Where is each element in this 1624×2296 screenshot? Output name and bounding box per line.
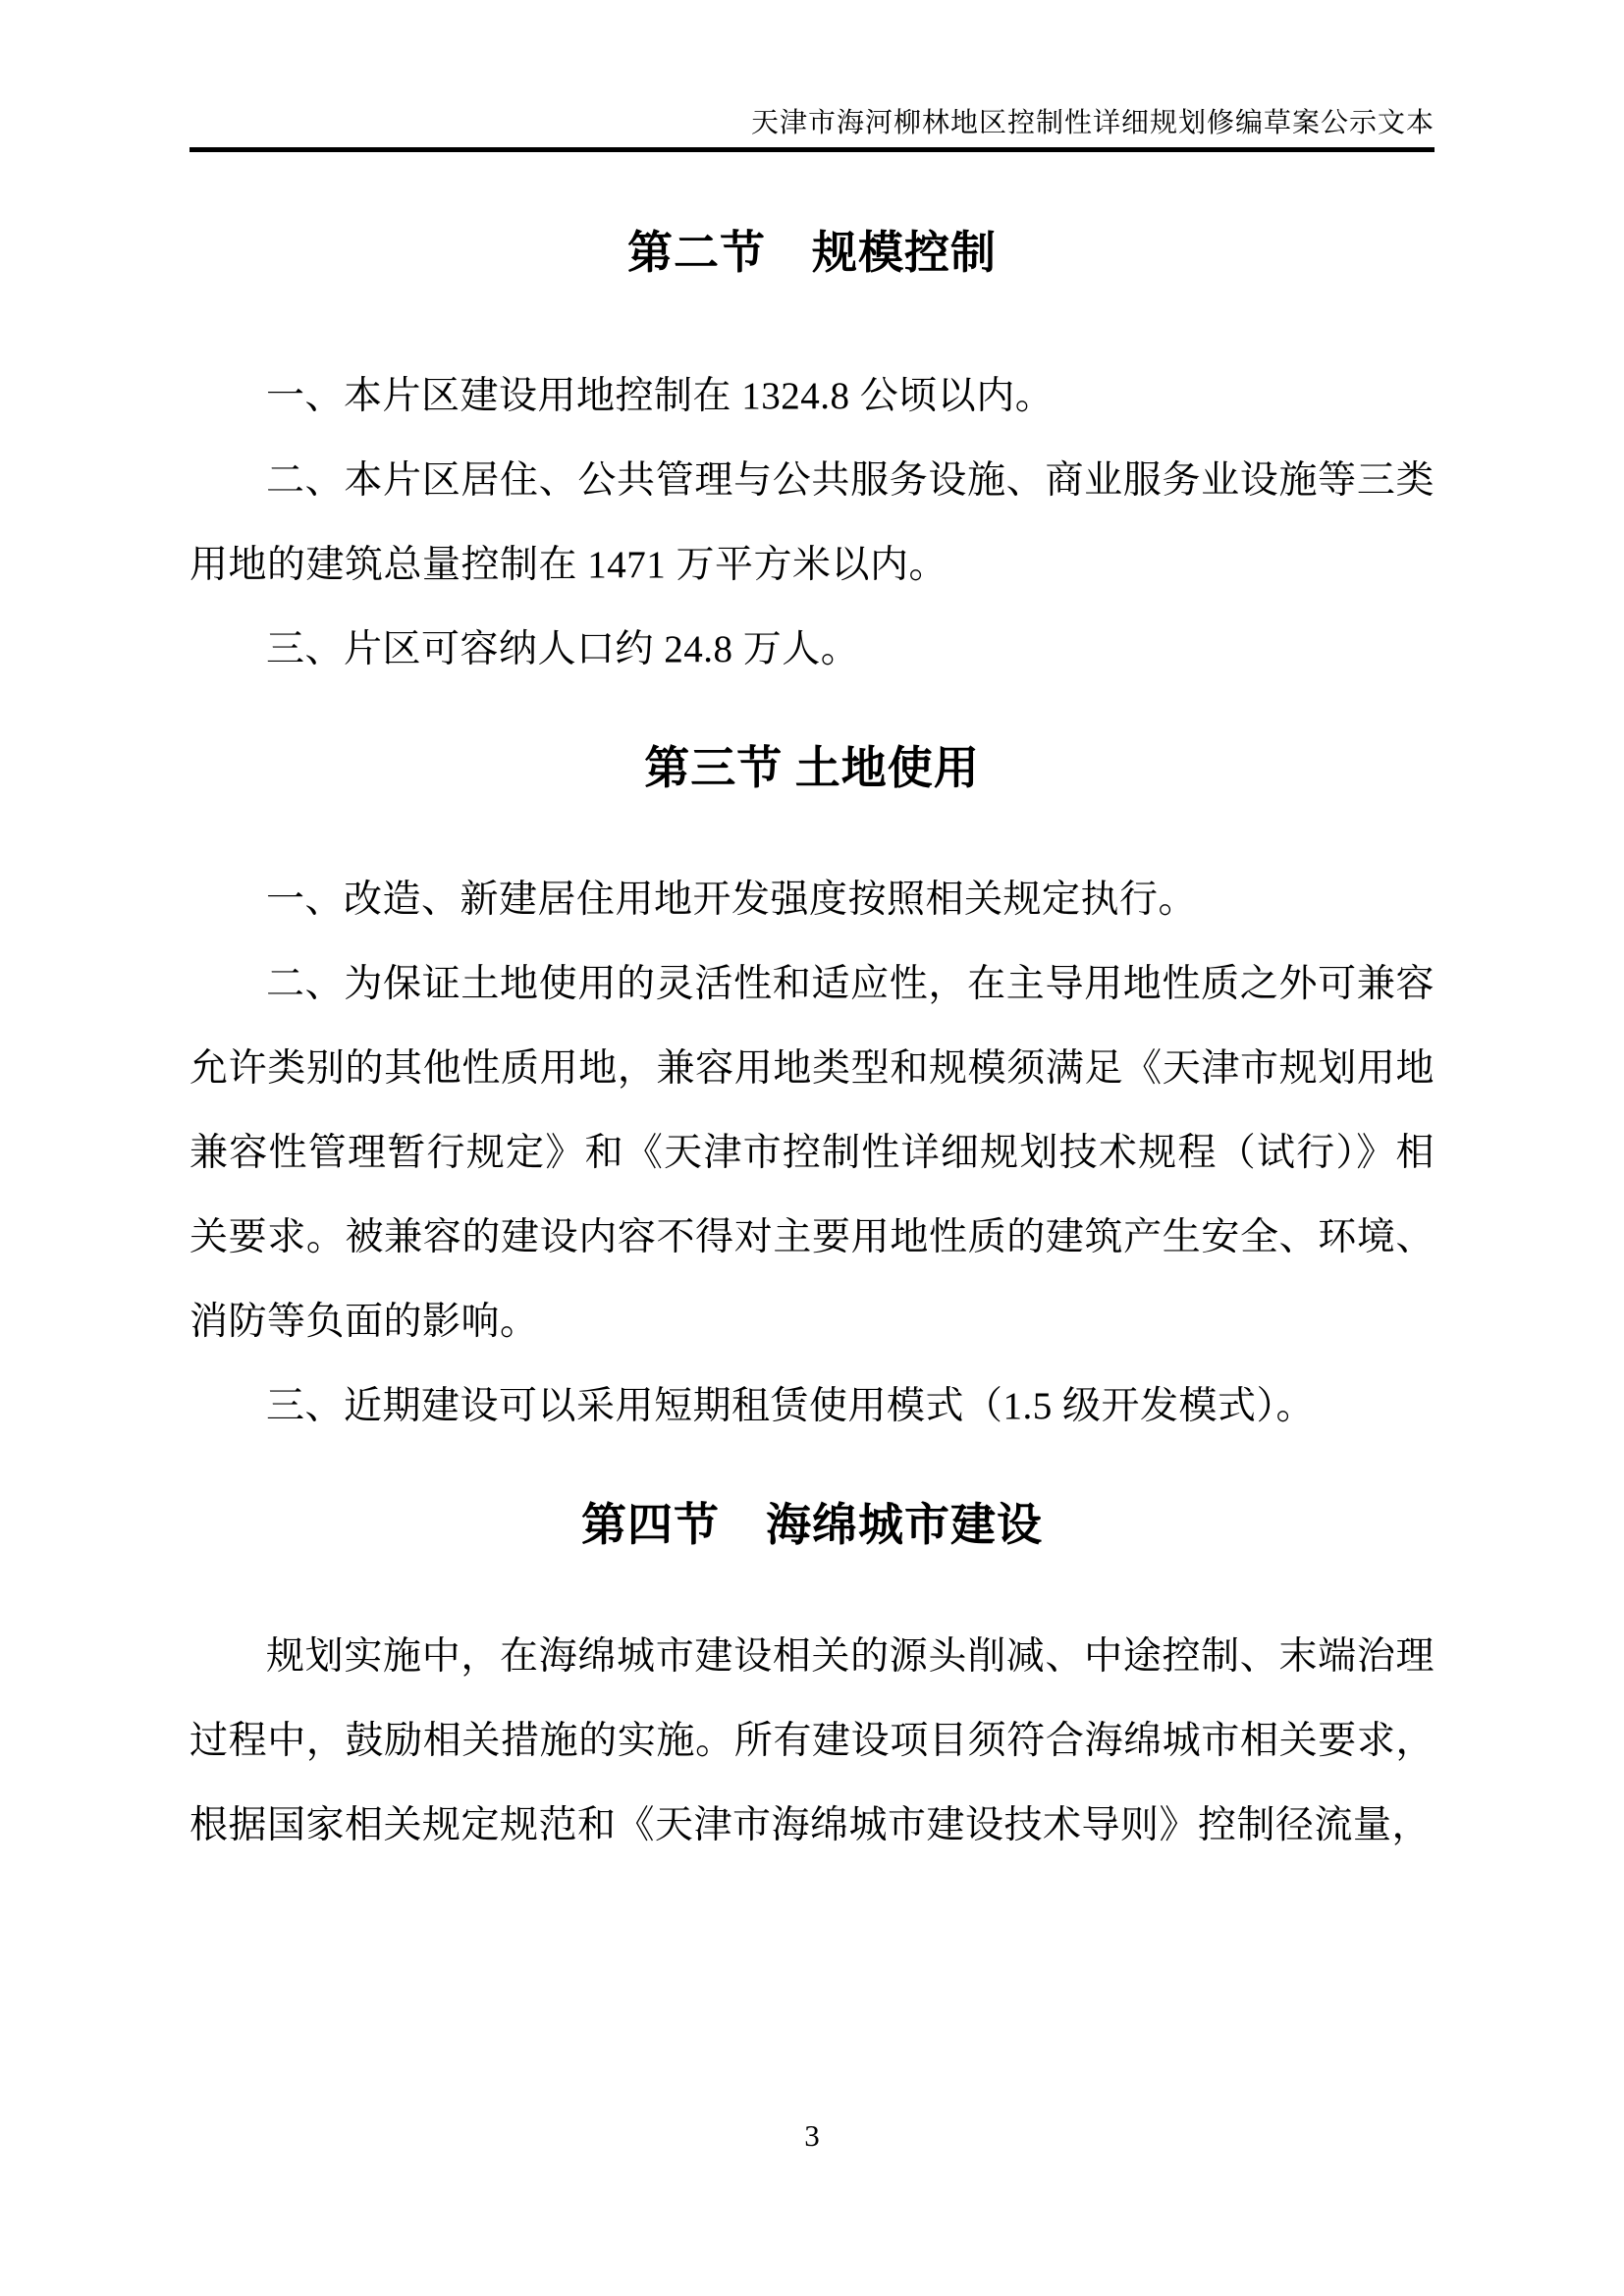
paragraph: 三、片区可容纳人口约 24.8 万人。: [189, 608, 1435, 692]
page-number: 3: [0, 2118, 1624, 2154]
page-content: 天津市海河柳林地区控制性详细规划修编草案公示文本 第二节 规模控制 一、本片区建…: [189, 0, 1435, 1868]
paragraph: 三、近期建设可以采用短期租赁使用模式（1.5 级开发模式）。: [189, 1364, 1435, 1449]
paragraph: 二、本片区居住、公共管理与公共服务设施、商业服务业设施等三类用地的建筑总量控制在…: [189, 439, 1435, 608]
paragraph: 一、改造、新建居住用地开发强度按照相关规定执行。: [189, 858, 1435, 942]
section-title-4: 第四节 海绵城市建设: [189, 1493, 1435, 1558]
document-header: 天津市海河柳林地区控制性详细规划修编草案公示文本: [189, 0, 1435, 152]
paragraph: 一、本片区建设用地控制在 1324.8 公顷以内。: [189, 354, 1435, 439]
paragraph: 二、为保证土地使用的灵活性和适应性，在主导用地性质之外可兼容允许类别的其他性质用…: [189, 942, 1435, 1364]
document-page: 天津市海河柳林地区控制性详细规划修编草案公示文本 第二节 规模控制 一、本片区建…: [0, 0, 1624, 2296]
paragraph: 规划实施中，在海绵城市建设相关的源头削减、中途控制、末端治理过程中，鼓励相关措施…: [189, 1615, 1435, 1868]
section-title-3: 第三节 土地使用: [189, 736, 1435, 801]
section-title-2: 第二节 规模控制: [189, 221, 1435, 286]
